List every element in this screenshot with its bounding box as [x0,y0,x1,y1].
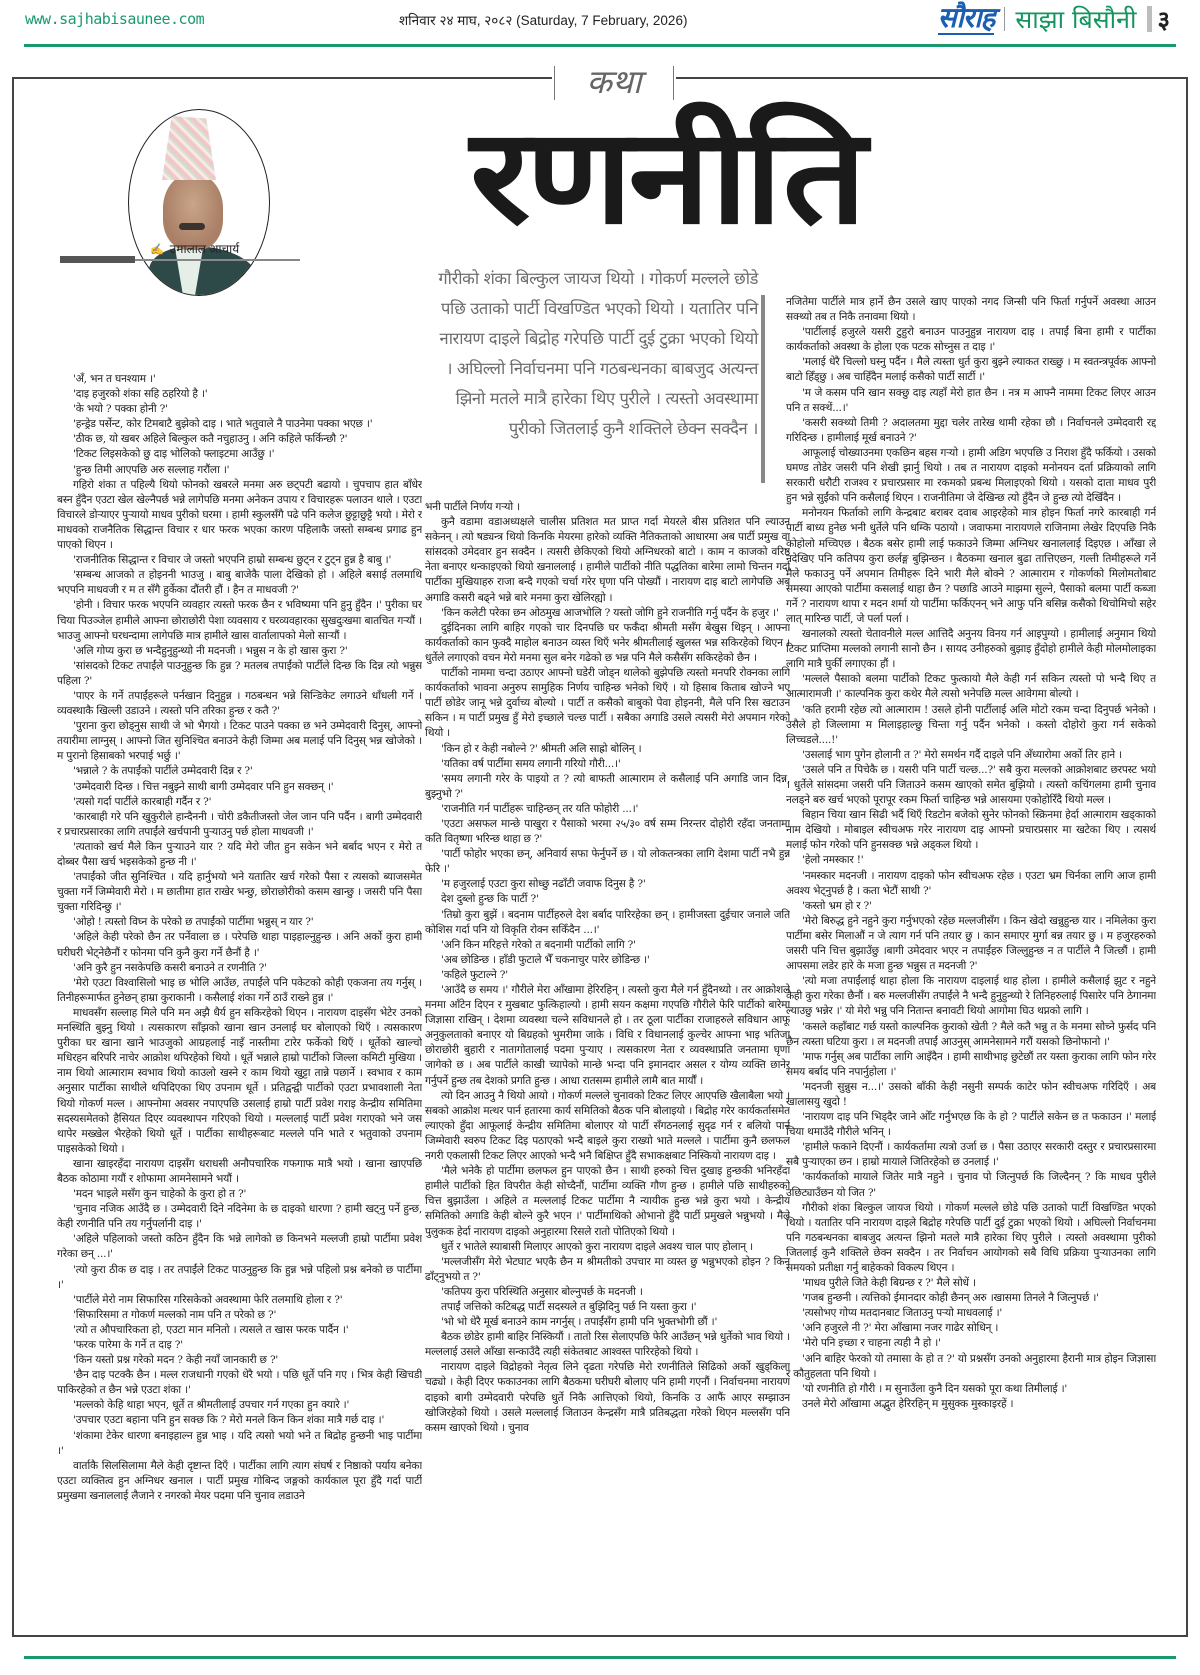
article-column-3: नजितेमा पार्टीले मात्र हार्ने छैन उसले ख… [786,295,1156,1634]
article-paragraph: 'त्यताको खर्च मैले किन पुऱ्याउने यार ? य… [57,840,422,870]
article-paragraph: 'अब छोडिन्छ । हाँडी फुटाले भैँ चकनाचुर प… [425,953,790,968]
article-paragraph: 'समय लगानी गरेर के पाइयो त ? त्यो बाफती … [425,772,790,802]
article-paragraph: देश दुब्लो हुन्छ कि पार्टी ?' [425,892,790,907]
article-paragraph: 'ओहो ! त्यस्तो विघ्न के परेको छ तपाईंको … [57,915,422,930]
article-paragraph: 'म हजुरलाई एउटा कुरा सोध्छु नढाँटी जवाफ … [425,877,790,892]
author-photo [128,109,270,296]
article-paragraph: 'अनि कुरै हुन नसकेपछि कसरी बनाउने त रणनी… [57,961,422,976]
article-paragraph: 'कति हरामी रहेछ त्यो आत्माराम ! उसले होन… [786,703,1156,748]
article-paragraph: 'शंकामा टेकेर धारणा बनाइहाल्न हुन्न भाइ … [57,1429,422,1459]
author-byline: ✍उमालाल आचार्य [150,240,239,257]
article-paragraph: खनालको त्यस्तो चेतावनीले मल्ल आत्तिदै अन… [786,627,1156,672]
page-number: ३ [1158,3,1170,36]
article-paragraph: 'माफ गर्नुस् अब पार्टीका लागि आइँदैन । ह… [786,1050,1156,1080]
article-paragraph: 'मल्लको केहि थाहा भएन, धूर्ते त श्रीमतील… [57,1398,422,1413]
article-paragraph: 'गजब हुन्छनी । त्यत्तिको ईमानदार कोही छै… [786,1291,1156,1306]
article-paragraph: 'एउटा असफल मान्छे पाखुरा र पैसाको भरमा २… [425,817,790,847]
article-paragraph: दुईदिनका लागि बाहिर गएको चार दिनपछि घर फ… [425,621,790,666]
article-paragraph: 'त्यो मजा तपाईंलाई थाहा होला कि नारायण द… [786,974,1156,1019]
article-paragraph: 'कस्तो भ्रम हो र ?' [786,899,1156,914]
article-paragraph: 'कसरी सक्थ्यो तिमी ? अदालतमा मुद्दा चलेर… [786,416,1156,446]
article-paragraph: 'कार्यकर्ताको मायाले जितेर मात्रै नहुने … [786,1170,1156,1200]
article-paragraph: 'उपचार एउटा बहाना पनि हुन सक्छ कि ? मेरो… [57,1413,422,1428]
article-paragraph: 'पार्टीले मेरो नाम सिफारिस गरिसकेको अवस्… [57,1293,422,1308]
article-paragraph: 'टिकट लिइसकेको छु दाइ भोलिको फ्लाइटमा आउ… [57,447,422,462]
article-paragraph: 'त्यसो गर्दा पार्टीले कारबाही गर्दैन र ?… [57,795,422,810]
article-paragraph: 'तिम्रो कुरा बुझें । बदनाम पार्टीहरुले द… [425,908,790,938]
article-paragraph: 'किन कलेटी परेका छन ओठमुख आजभोलि ? यस्तो… [425,606,790,621]
article-paragraph: 'किन हो र केही नबोल्ने ?' श्रीमती अलि सा… [425,742,790,757]
article-paragraph: 'मैले भनेकै हो पार्टीमा छलफल हुन पाएको छ… [425,1164,790,1239]
article-paragraph: 'माधव पुरीले जिते केही बिग्रन्छ र ?' मैल… [786,1276,1156,1291]
article-paragraph: बैठक छोडेर हामी बाहिर निस्कियौं । तातो र… [425,1330,790,1360]
article-paragraph: 'मल्लजीसँग मेरो भेटघाट भएकै छैन म श्रीमत… [425,1255,790,1285]
byline-rule-accent [60,256,135,263]
photo-mustache [179,223,205,230]
article-paragraph: 'पाएर के गर्ने तपाईंहरूले पर्नखान दिनुहु… [57,689,422,719]
article-paragraph: 'हामीले फकाने दिएनौं । कार्यकर्तामा त्यत… [786,1140,1156,1170]
article-paragraph: नजितेमा पार्टीले मात्र हार्ने छैन उसले ख… [786,295,1156,325]
brand-logo-saurah: सौराह [938,3,995,35]
article-paragraph: 'हुन्छ तिमी आएपछि अरु सल्लाह गरौंला ।' [57,463,422,478]
section-label-box: कथा [552,58,676,102]
article-column-1: 'अँ, भन त घनश्याम ।''दाइ हजुरको शंका सहि… [57,372,422,1634]
article-paragraph: गौरीको शंका बिल्कुल जायज थियो । गोकर्ण म… [786,1201,1156,1276]
article-paragraph: 'पार्टीलाई हजुरले यसरी टुहुरो बनाउन पाउन… [786,325,1156,355]
article-paragraph: 'अलि गोप्य कुरा छ भन्दैहुनुहुन्थ्यो नी म… [57,644,422,659]
article-paragraph: 'फरक पारेमा के गर्ने त दाइ ?' [57,1338,422,1353]
article-paragraph: बिहान चिया खान सिढी भर्दै थिएँ रिडटोन बज… [786,808,1156,853]
article-paragraph: 'कहिले फुटाल्ने ?' [425,968,790,983]
article-paragraph: 'यो रणनीति हो गौरी । म सुनाउँला कुनै दिन… [786,1382,1156,1397]
article-paragraph: 'मलाई धेरै चिल्लो घस्नु पर्दैन । मैले त्… [786,355,1156,385]
article-paragraph: 'सिफारिसमा त गोकर्ण मल्लको नाम पनि त परे… [57,1308,422,1323]
article-paragraph: 'कतिपय कुरा परिस्थिति अनुसार बोल्नुपर्छ … [425,1285,790,1300]
article-paragraph: 'त्यो कुरा ठीक छ दाइ । तर तपाईंले टिकट प… [57,1263,422,1293]
article-paragraph: 'भो भो धेरै मूर्ख बनाउने काम नगर्नुस् । … [425,1315,790,1330]
article-title: रणनीति [470,112,1164,242]
article-paragraph: 'मल्लले पैसाको बलमा पार्टीको टिकट फुत्का… [786,672,1156,702]
article-paragraph: 'उसले पनि त पिचेकै छ । यसरी पनि पार्टी च… [786,763,1156,808]
pull-quote-rule [761,295,765,483]
page-marker-bar-icon [1147,6,1152,32]
article-paragraph: 'म जे कसम पनि खान सक्छु दाइ त्यहाँ मेरो … [786,386,1156,416]
article-paragraph: 'सांसदको टिकट तपाईंले पाउनुहुन्छ कि हुन्… [57,659,422,689]
article-paragraph: गहिरो शंका त पहिल्यै थियो फोनको खबरले मन… [57,478,422,553]
section-label: कथा [587,58,642,103]
article-paragraph: उनले मेरो आँखामा अद्भुत हेरिरहिन् म मुसु… [786,1397,1156,1412]
photo-dhaka-topi [162,116,216,180]
article-paragraph: 'पुराना कुरा छोड्नुस साथी जे भो भैगयो । … [57,719,422,764]
article-paragraph: तपाईं जत्तिको कटिबद्ध पार्टी सदस्यले त ब… [425,1300,790,1315]
article-paragraph: 'नारायण दाइ पनि भिड्दैर जाने ओँट गर्नुभए… [786,1110,1156,1140]
article-paragraph: 'किन यस्तो प्रश्न गरेको मदन ? केही नयाँ … [57,1353,422,1368]
article-paragraph: 'मेरो बिरुद्ध हुने नहुने कुरा गर्नुभएको … [786,914,1156,974]
article-paragraph: मनोनयन फिर्ताको लागि केन्द्रबाट बराबर दव… [786,506,1156,627]
article-paragraph: 'हन्ड्रेड पर्सेन्ट, कोर टिमबाटै बुझेको द… [57,417,422,432]
article-paragraph: 'आउँदै छ समय ।' गौरीले मेरा आँखामा हेरिर… [425,983,790,1089]
article-paragraph: 'मदनजी सुन्नुस न...।' उसको बाँकी केही नस… [786,1080,1156,1110]
article-paragraph: 'मदन भाइले मसँग कुन चाहेको के कुरा हो त … [57,1187,422,1202]
article-paragraph: 'हेलो नमस्कार !' [786,853,1156,868]
article-paragraph: कुनै वडामा वडाअध्यक्षले चालीस प्रतिशत मत… [425,515,790,606]
page-marker: ३ [1147,3,1170,36]
header-rule [24,44,1176,47]
article-paragraph: 'अनि किन मरिहत्ते गरेको त बदनामी पार्टीक… [425,938,790,953]
article-column-2: भनी पार्टीले निर्णय गऱ्यो ।कुनै वडामा वड… [425,500,790,1634]
article-paragraph: भनी पार्टीले निर्णय गऱ्यो । [425,500,790,515]
article-paragraph: 'अहिले केही परेको छैन तर पर्नेवाला छ । प… [57,930,422,960]
article-paragraph: 'नमस्कार मदनजी । नारायण दाइको फोन स्वीचअ… [786,869,1156,899]
photo-face [163,174,223,250]
article-paragraph: 'राजनीतिक सिद्धान्त र विचार जे जस्तो भएप… [57,553,422,568]
article-paragraph: 'तपाईंको जीत सुनिश्चित । यदि हार्नुभयो भ… [57,870,422,915]
footer-rule [24,1656,1176,1659]
article-paragraph: 'के भयो ? पक्का होनी ?' [57,402,422,417]
article-paragraph: आफूलाई चोख्याउनमा एकछिन बहस गऱ्यो । हामी… [786,446,1156,506]
masthead-brand: सौराह साझा बिसौनी ३ [938,2,1170,36]
article-paragraph: 'उम्मेदवारी दिन्छ । चित्त नबुझ्ने साथी ब… [57,780,422,795]
page-header: www.sajhabisaunee.com शनिवार २४ माघ, २०८… [24,0,1176,46]
site-url-link[interactable]: www.sajhabisaunee.com [25,10,204,28]
article-paragraph: 'कसले कहाँबाट गर्छ यस्तो काल्पनिक कुराको… [786,1020,1156,1050]
article-paragraph: 'होनी । विचार फरक भएपनि व्यवहार त्यस्तो … [57,598,422,643]
article-paragraph: 'अँ, भन त घनश्याम ।' [57,372,422,387]
brand-divider [1004,7,1005,31]
article-paragraph: 'पार्टी फोहोर भएका छन्, अनिवार्य सफा फेर… [425,847,790,877]
article-paragraph: 'त्यो त औपचारिकता हो, एउटा मान मनितो । त… [57,1323,422,1338]
article-paragraph: 'मेरो एउटा विश्वासिलो भाइ छ भोलि आउँछ, त… [57,976,422,1006]
article-paragraph: त्यो दिन आउनु नै थियो आयो । गोकर्ण मल्लल… [425,1089,790,1164]
article-paragraph: 'उसलाई भाग पुगेन होलानी त ?' मेरो समर्थन… [786,748,1156,763]
article-paragraph: धुर्ते र भातेले स्याबासी मिलाएर आएको कुर… [425,1240,790,1255]
article-paragraph: 'यतिका वर्ष पार्टीमा समय लगानी गरियो गौर… [425,757,790,772]
author-name: उमालाल आचार्य [170,242,240,256]
article-paragraph: 'त्यसोभए गोप्य मतदानबाट जिताउनु पऱ्यो मा… [786,1306,1156,1321]
article-paragraph: नारायण दाइले विद्रोहको नेतृत्व लिने दृढत… [425,1360,790,1435]
article-paragraph: 'अनि बाहिर फेरको यो तमासा के हो त ?' यो … [786,1352,1156,1382]
brand-logo-sajha-bisauni: साझा बिसौनी [1015,2,1136,36]
article-paragraph: 'छैन दाइ पटक्कै छैन । मल्ल राजधानी गएको … [57,1368,422,1398]
article-paragraph: 'अहिले पहिलाको जस्तो कठिन हुँदैन कि भन्न… [57,1232,422,1262]
article-paragraph: 'अनि हजुरले नी ?' मेरा आँखामा नजर गाढेर … [786,1321,1156,1336]
article-paragraph: 'ठीक छ, यो खबर अहिले बिल्कुल कतै नचुहाउन… [57,432,422,447]
issue-date: शनिवार २४ माघ, २०८२ (Saturday, 7 Februar… [399,11,687,29]
article-paragraph: 'कारबाही गरे पनि खुकुरीले हान्दैननी । चो… [57,810,422,840]
article-paragraph: 'दाइ हजुरको शंका सहि ठहरियो है ।' [57,387,422,402]
article-paragraph: खाना खाइरहँदा नारायण दाइसँग धराधसी अनौपच… [57,1157,422,1187]
article-paragraph: वार्ताकै सिलसिलामा मैले केही दृष्टान्त द… [57,1459,422,1504]
article-paragraph: 'सम्बन्ध आजको त होइननी भाउजु । बाबु बाजे… [57,568,422,598]
article-paragraph: 'राजनीति गर्न पार्टीहरू चाहिन्छन् तर यति… [425,802,790,817]
article-paragraph: माधवसँग सल्लाह मिले पनि मन अझै धैर्य हुन… [57,1006,422,1157]
article-paragraph: पार्टीको नाममा चन्दा उठाएर आफ्नो घडेरी ज… [425,666,790,741]
pen-icon: ✍ [150,244,164,256]
article-paragraph: 'मेरो पनि इच्छा र चाहना त्यही नै हो ।' [786,1336,1156,1351]
pull-quote: गौरीको शंका बिल्कुल जायज थियो । गोकर्ण म… [432,264,758,444]
article-paragraph: 'चुनाव नजिक आउँदै छ । उम्मेदवारी दिने नद… [57,1202,422,1232]
article-paragraph: 'भन्नाले ? के तपाईंको पार्टीले उम्मेदवार… [57,764,422,779]
